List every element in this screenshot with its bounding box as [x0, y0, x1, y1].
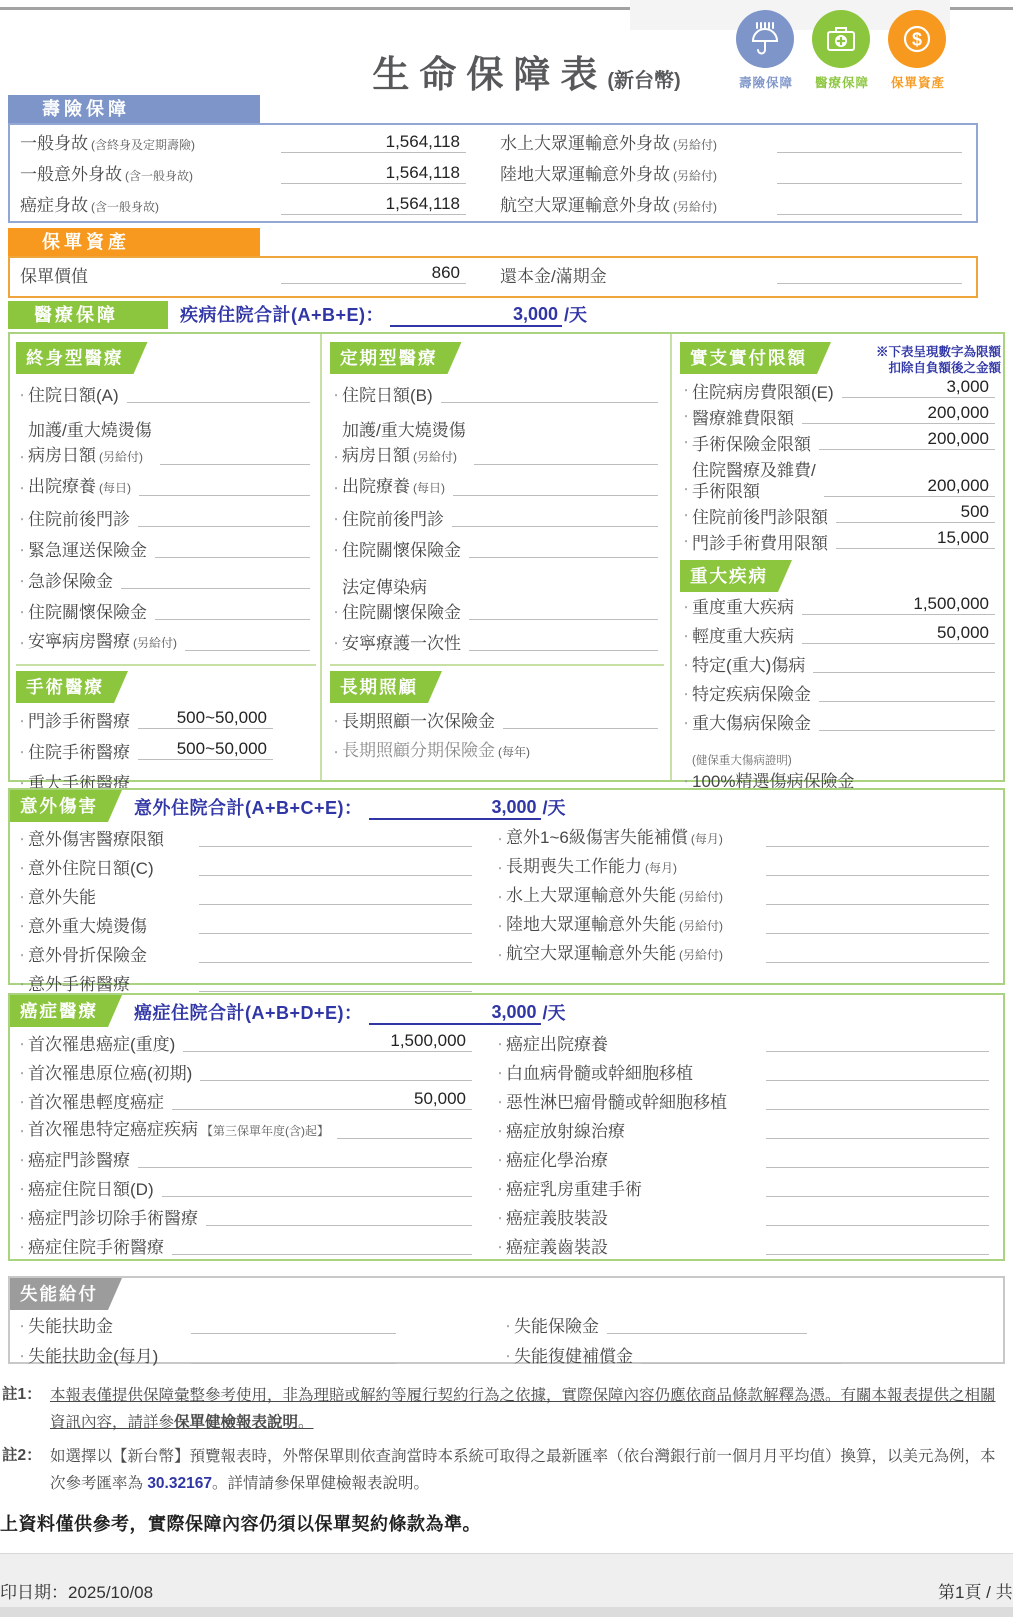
footnote-2-end: 。詳情請參保單健檢報表說明。: [212, 1475, 429, 1492]
benefit-underline: [199, 913, 472, 934]
bullet-dot: ‧: [494, 1093, 506, 1118]
whole-life-rows: ‧住院日額(A)‧加護/重大燒燙傷病房日額(另給付)‧出院療養(每日)‧住院前後…: [16, 380, 316, 659]
benefit-row: ‧法定傳染病住院關懷保險金: [330, 566, 664, 628]
benefit-underline: [766, 1234, 989, 1255]
accident-right-column: ‧意外1~6級傷害失能補償(每月)‧長期喪失工作能力(每月)‧水上大眾運輸意外失…: [478, 826, 995, 1000]
cancer-right-column: ‧癌症出院療養‧白血病骨髓或幹細胞移植‧惡性淋巴瘤骨髓或幹細胞移植‧癌症放射線治…: [478, 1031, 995, 1263]
benefit-underline: [199, 942, 472, 963]
benefit-label: 加護/重大燒燙傷病房日額(另給付): [28, 418, 152, 473]
benefit-value: [390, 1343, 396, 1362]
cancer-summary-unit: /天: [543, 999, 566, 1025]
benefit-label: 航空大眾運輸意外失能(另給付): [506, 941, 758, 971]
benefit-underline: [453, 475, 658, 496]
section-medical: 終身型醫療 ‧住院日額(A)‧加護/重大燒燙傷病房日額(另給付)‧出院療養(每日…: [8, 332, 1005, 782]
benefit-row: ‧癌症門診醫療: [16, 1147, 478, 1176]
exchange-rate-value: 30.32167: [147, 1475, 212, 1492]
benefit-label: 出院療養(每日): [342, 474, 445, 504]
benefit-row: ‧門診手術費用限額15,000: [680, 531, 1001, 557]
benefit-underline: [121, 568, 310, 589]
benefit-row: ‧意外住院日額(C): [16, 855, 478, 884]
benefit-value: [983, 1118, 989, 1137]
benefit-underline: [199, 884, 472, 905]
benefit-value: [304, 475, 310, 494]
bullet-dot: ‧: [330, 510, 342, 535]
benefit-value: 1,500,000: [390, 1031, 472, 1050]
benefit-label: 首次罹患特定癌症疾病【第三保單年度(含)起】: [28, 1117, 329, 1147]
bullet-dot: ‧: [16, 448, 28, 473]
legend-medical-label: 醫療保障: [812, 73, 872, 91]
benefit-row: 保單價值860: [20, 261, 472, 292]
benefit-row: ‧癌症放射線治療: [494, 1118, 995, 1147]
benefit-underline: 200,000: [802, 403, 995, 424]
tag-long-term-care: 長期照顧: [330, 671, 442, 703]
bullet-dot: ‧: [16, 510, 28, 535]
benefit-underline: [138, 1147, 472, 1168]
benefit-row: ‧失能保險金: [502, 1312, 995, 1342]
benefit-value: [466, 942, 472, 961]
benefit-value: 3,000: [946, 377, 995, 396]
bullet-dot: ‧: [680, 381, 692, 406]
benefit-underline: [191, 1343, 396, 1364]
assets-left-column: 保單價值860: [20, 261, 472, 292]
benefit-value: 200,000: [928, 476, 995, 495]
reimbursement-note-line1: ※下表呈現數字為限額: [876, 345, 1001, 359]
benefit-label: 住院前後門診限額: [692, 507, 828, 531]
benefit-value: [989, 652, 995, 671]
benefit-value: [983, 1089, 989, 1108]
divider: [330, 664, 664, 666]
benefit-label: 意外骨折保險金: [28, 943, 191, 971]
ltc-rows: ‧長期照顧一次保險金‧長期照顧分期保險金(每年): [330, 706, 664, 768]
benefit-row: ‧意外重大燒燙傷: [16, 913, 478, 942]
benefit-underline: [199, 971, 472, 992]
benefit-row: ‧加護/重大燒燙傷病房日額(另給付): [330, 411, 664, 473]
benefit-label: 意外重大燒燙傷: [28, 914, 191, 942]
benefit-underline: [766, 855, 989, 876]
benefit-underline: [191, 1313, 396, 1334]
medical-column-wholelife: 終身型醫療 ‧住院日額(A)‧加護/重大燒燙傷病房日額(另給付)‧出院療養(每日…: [16, 342, 316, 799]
accident-summary-value: 3,000: [491, 797, 540, 817]
bullet-dot: ‧: [330, 712, 342, 737]
disability-left-column: ‧失能扶助金‧失能扶助金(每月): [16, 1312, 486, 1372]
benefit-underline: [766, 826, 989, 847]
benefit-value: [652, 599, 658, 618]
benefit-label: 首次罹患癌症(重度): [28, 1032, 175, 1060]
benefit-label: 出院療養(每日): [28, 474, 131, 504]
bullet-dot: ‧: [330, 448, 342, 473]
benefit-row: ‧意外失能: [16, 884, 478, 913]
bullet-dot: ‧: [16, 634, 28, 659]
benefit-value: 1,564,118: [386, 194, 466, 213]
bullet-dot: ‧: [494, 917, 506, 942]
legend-assets: $ 保單資產: [888, 10, 948, 91]
section-tab-medical: 醫療保障: [8, 301, 168, 329]
benefit-row: ‧重大傷病保險金: [680, 710, 1001, 739]
benefit-label: 安寧療護一次性: [342, 631, 461, 659]
bullet-dot: ‧: [16, 1122, 28, 1147]
benefit-row: ‧癌症義肢裝設: [494, 1205, 995, 1234]
benefit-row: 航空大眾運輸意外身故(另給付): [500, 192, 968, 223]
benefit-row: ‧出院療養(每日): [330, 473, 664, 504]
benefit-label: 失能扶助金: [28, 1314, 183, 1342]
bullet-dot: ‧: [16, 1180, 28, 1205]
medical-summary-unit: /天: [564, 301, 587, 327]
bullet-dot: ‧: [680, 407, 692, 432]
bullet-dot: ‧: [16, 712, 28, 737]
tag-accident: 意外傷害: [10, 790, 122, 822]
benefit-value: 15,000: [937, 528, 995, 547]
benefit-underline: [199, 826, 472, 847]
tag-whole-life-medical: 終身型醫療: [16, 342, 148, 374]
benefit-row: ‧意外骨折保險金: [16, 942, 478, 971]
benefit-row: ‧住院前後門診: [330, 504, 664, 535]
benefit-underline: [206, 1205, 472, 1226]
benefit-label: 醫療雜費限額: [692, 408, 794, 432]
medical-column-reimbursement: 實支實付限額 ※下表呈現數字為限額 扣除自負額後之金額 ‧住院病房費限額(E)3…: [680, 342, 1001, 797]
benefit-label: 緊急運送保險金: [28, 538, 147, 566]
bullet-dot: ‧: [16, 859, 28, 884]
benefit-underline: [766, 1089, 989, 1110]
benefit-label: 失能扶助金(每月): [28, 1344, 183, 1372]
umbrella-icon: [736, 10, 794, 68]
benefit-value: 200,000: [928, 403, 995, 422]
benefit-underline: [766, 1147, 989, 1168]
section-life: 一般身故(含終身及定期壽險)1,564,118一般意外身故(含一般身故)1,56…: [8, 123, 978, 223]
benefit-row: ‧住院關懷保險金: [330, 535, 664, 566]
benefit-row: ‧首次罹患輕度癌症50,000: [16, 1089, 478, 1118]
benefit-label: 還本金/滿期金: [500, 264, 769, 292]
benefit-underline: [138, 506, 310, 527]
benefit-row: ‧特定(重大)傷病: [680, 652, 1001, 681]
bullet-dot: ‧: [494, 946, 506, 971]
medical-summary: 疾病住院合計(A+B+E)： 3,000 /天: [180, 301, 587, 329]
accident-left-column: ‧意外傷害醫療限額‧意外住院日額(C)‧意外失能‧意外重大燒燙傷‧意外骨折保險金…: [16, 826, 478, 1000]
benefit-row: ‧首次罹患癌症(重度)1,500,000: [16, 1031, 478, 1060]
bullet-dot: ‧: [494, 888, 506, 913]
footnote-2: 註2： 如選擇以【新台幣】預覽報表時，外幣保單則依查詢當時本系統可取得之最新匯率…: [2, 1443, 1010, 1497]
benefit-underline: [862, 768, 995, 789]
benefit-label: 癌症身故(含一般身故): [20, 193, 273, 223]
benefit-row: ‧安寧療護一次性: [330, 628, 664, 659]
benefit-underline: [469, 630, 658, 651]
benefit-underline: [172, 1234, 472, 1255]
bullet-dot: ‧: [494, 1035, 506, 1060]
footnote-1-link-text: 保單健檢報表說明: [174, 1414, 298, 1431]
footnote-2-text: 如選擇以【新台幣】預覽報表時，外幣保單則依查詢當時本系統可取得之最新匯率（依台灣…: [50, 1443, 1010, 1497]
benefit-row: ‧手術保險金限額200,000: [680, 432, 1001, 458]
benefit-underline: [441, 382, 658, 403]
bullet-dot: ‧: [16, 946, 28, 971]
page-title-text: 生命保障表: [372, 54, 607, 95]
bullet-dot: ‧: [494, 1122, 506, 1147]
benefit-underline: [766, 1118, 989, 1139]
life-right-column: 水上大眾運輸意外身故(另給付)陸地大眾運輸意外身故(另給付)航空大眾運輸意外身故…: [472, 130, 968, 223]
benefit-label: 住院前後門診: [28, 507, 130, 535]
benefit-underline: 860: [281, 263, 466, 284]
benefit-row: ‧失能扶助金(每月): [16, 1342, 486, 1372]
surgery-rows: ‧門診手術醫療500~50,000‧住院手術醫療500~50,000‧重大手術醫…: [16, 706, 316, 799]
bullet-dot: ‧: [494, 1151, 506, 1176]
benefit-underline: 50,000: [802, 623, 995, 644]
benefit-underline: [469, 537, 658, 558]
bullet-dot: ‧: [502, 1347, 514, 1372]
benefit-value: [304, 630, 310, 649]
bullet-dot: ‧: [16, 888, 28, 913]
bullet-dot: ‧: [16, 479, 28, 504]
life-left-column: 一般身故(含終身及定期壽險)1,564,118一般意外身故(含一般身故)1,56…: [20, 130, 472, 223]
benefit-underline: 1,500,000: [802, 594, 995, 615]
benefit-row: 一般意外身故(含一般身故)1,564,118: [20, 161, 472, 192]
benefit-label: 水上大眾運輸意外身故(另給付): [500, 131, 769, 161]
benefit-label: 法定傳染病住院關懷保險金: [342, 575, 461, 628]
benefit-label: 失能復健補償金: [514, 1344, 633, 1372]
benefit-value: [304, 599, 310, 618]
bullet-dot: ‧: [16, 743, 28, 768]
benefit-value: [983, 826, 989, 845]
benefit-underline: [607, 1313, 807, 1334]
benefit-value: [466, 826, 472, 845]
benefit-value: [466, 1176, 472, 1195]
disclaimer-text: 上資料僅供參考，實際保障內容仍須以保單契約條款為準。: [0, 1510, 481, 1536]
reimbursement-note-line2: 扣除自負額後之金額: [888, 361, 1001, 375]
benefit-row: 一般身故(含終身及定期壽險)1,564,118: [20, 130, 472, 161]
accident-summary-unit: /天: [543, 794, 566, 820]
benefit-row: ‧住院日額(B): [330, 380, 664, 411]
column-divider: [670, 334, 672, 780]
benefit-label: 重度重大疾病: [692, 595, 794, 623]
benefit-row: ‧長期喪失工作能力(每月): [494, 855, 995, 884]
benefit-label: 門診手術醫療: [28, 709, 130, 737]
benefit-value: [989, 681, 995, 700]
benefit-underline: 1,564,118: [281, 132, 466, 153]
benefit-underline: 1,500,000: [183, 1031, 472, 1052]
benefit-label: 長期照顧分期保險金(每年): [342, 738, 530, 768]
divider: [16, 664, 316, 666]
benefit-row: ‧癌症住院日額(D): [16, 1176, 478, 1205]
benefit-row: ‧陸地大眾運輸意外失能(另給付): [494, 913, 995, 942]
benefit-underline: [199, 855, 472, 876]
bullet-dot: ‧: [16, 1035, 28, 1060]
benefit-value: 1,564,118: [386, 132, 466, 151]
benefit-value: [466, 884, 472, 903]
benefit-value: [466, 1205, 472, 1224]
benefit-row: ‧住院日額(A): [16, 380, 316, 411]
bullet-dot: ‧: [680, 480, 692, 505]
bullet-dot: ‧: [16, 917, 28, 942]
benefit-label: 門診手術費用限額: [692, 533, 828, 557]
benefit-label: 特定(重大)傷病: [692, 653, 805, 681]
benefit-value: [652, 444, 658, 463]
bullet-dot: ‧: [680, 627, 692, 652]
benefit-value: [267, 770, 273, 789]
benefit-value: [466, 913, 472, 932]
benefit-row: ‧首次罹患原位癌(初期): [16, 1060, 478, 1089]
bullet-dot: ‧: [16, 1209, 28, 1234]
section-accident: 意外傷害 意外住院合計(A+B+C+E)： 3,000 /天 ‧意外傷害醫療限額…: [8, 788, 1005, 985]
benefit-underline: [766, 1060, 989, 1081]
report-page: 生命保障表(新台幣) 壽險保障: [0, 0, 1013, 1617]
tag-critical-illness: 重大疾病: [680, 560, 792, 592]
benefit-value: 50,000: [937, 623, 995, 642]
benefit-label: 癌症化學治療: [506, 1148, 758, 1176]
benefit-row: ‧癌症化學治療: [494, 1147, 995, 1176]
benefit-value: 500~50,000: [177, 708, 273, 727]
benefit-underline: [474, 444, 658, 465]
section-tab-assets: 保單資產: [8, 228, 260, 256]
bullet-dot: ‧: [330, 386, 342, 411]
benefit-underline: [127, 382, 310, 403]
benefit-underline: [766, 1205, 989, 1226]
benefit-label: 特定疾病保險金: [692, 682, 811, 710]
benefit-value: [956, 194, 962, 213]
benefit-underline: [819, 681, 995, 702]
benefit-row: ‧安寧病房醫療(另給付): [16, 628, 316, 659]
benefit-underline: [766, 913, 989, 934]
page-footer: 印日期：2025/10/08 第1頁 / 共: [0, 1553, 1013, 1617]
benefit-underline: [200, 1060, 472, 1081]
benefit-value: [989, 710, 995, 729]
benefit-row: ‧住院關懷保險金: [16, 597, 316, 628]
cancer-summary-value: 3,000: [491, 1002, 540, 1022]
benefit-underline: 500~50,000: [138, 739, 273, 760]
benefit-label: 住院前後門診: [342, 507, 444, 535]
benefit-label: 意外1~6級傷害失能補償(每月): [506, 825, 758, 855]
benefit-label: 一般意外身故(含一般身故): [20, 162, 273, 192]
benefit-label: 意外住院日額(C): [28, 856, 191, 884]
benefit-label: (健保重大傷病證明): [692, 755, 792, 768]
benefit-row: ‧長期照顧一次保險金: [330, 706, 664, 737]
bullet-dot: ‧: [494, 1238, 506, 1263]
benefit-label: 重大傷病保險金: [692, 711, 811, 739]
benefit-value: [652, 382, 658, 401]
accident-summary: 意外住院合計(A+B+C+E)： 3,000 /天: [134, 794, 566, 822]
benefit-value: [466, 1147, 472, 1166]
footnote-1-label: 註1：: [2, 1382, 50, 1436]
column-divider: [320, 334, 322, 780]
tag-reimbursement-limit: 實支實付限額: [680, 342, 831, 374]
benefit-label: 癌症放射線治療: [506, 1119, 758, 1147]
footnote-2-label: 註2：: [2, 1443, 50, 1497]
benefit-value: [466, 971, 472, 990]
benefit-underline: 500~50,000: [138, 708, 273, 729]
disability-right-column: ‧失能保險金‧失能復健補償金: [486, 1312, 995, 1372]
benefit-value: [956, 263, 962, 282]
benefit-row: ‧出院療養(每日): [16, 473, 316, 504]
benefit-value: [652, 630, 658, 649]
page-title-currency: (新台幣): [607, 70, 680, 92]
medical-column-term: 定期型醫療 ‧住院日額(B)‧加護/重大燒燙傷病房日額(另給付)‧出院療養(每日…: [330, 342, 664, 768]
cancer-summary-label: 癌症住院合計(A+B+D+E)：: [134, 999, 363, 1025]
dollar-icon: $: [888, 10, 946, 68]
benefit-value: [983, 913, 989, 932]
benefit-value: [652, 708, 658, 727]
benefit-label: 一般身故(含終身及定期壽險): [20, 131, 273, 161]
benefit-label: 輕度重大疾病: [692, 624, 794, 652]
benefit-value: 500~50,000: [177, 739, 273, 758]
benefit-row: ‧住院手術醫療500~50,000: [16, 737, 316, 768]
benefit-value: [835, 1343, 841, 1362]
benefit-row: ‧門診手術醫療500~50,000: [16, 706, 316, 737]
benefit-row: ‧長期照顧分期保險金(每年): [330, 737, 664, 768]
benefit-row: ‧惡性淋巴瘤骨髓或幹細胞移植: [494, 1089, 995, 1118]
benefit-label: 癌症住院日額(D): [28, 1177, 154, 1205]
benefit-underline: 3,000: [842, 377, 995, 398]
svg-text:$: $: [912, 30, 922, 50]
medical-summary-underline: 3,000: [390, 304, 562, 327]
benefit-value: [989, 768, 995, 787]
benefit-value: [466, 1118, 472, 1137]
benefit-value: [304, 506, 310, 525]
benefit-label: 失能保險金: [514, 1314, 599, 1342]
bullet-dot: ‧: [16, 386, 28, 411]
benefit-row: ‧住院前後門診: [16, 504, 316, 535]
benefit-underline: [185, 630, 310, 651]
benefit-underline: [139, 475, 310, 496]
benefit-underline: [819, 710, 995, 731]
benefit-label: 安寧病房醫療(另給付): [28, 629, 177, 659]
legend-medical: 醫療保障: [812, 10, 872, 91]
benefit-underline: [337, 1118, 472, 1139]
benefit-row: ‧癌症出院療養: [494, 1031, 995, 1060]
benefit-value: 1,500,000: [913, 594, 995, 613]
benefit-value: [304, 568, 310, 587]
tag-term-medical: 定期型醫療: [330, 342, 462, 374]
benefit-row: (健保重大傷病證明): [680, 739, 1001, 768]
benefit-value: [304, 382, 310, 401]
benefit-label: 意外失能: [28, 885, 191, 913]
benefit-label: 癌症義齒裝設: [506, 1235, 758, 1263]
benefit-underline: 200,000: [819, 429, 995, 450]
benefit-label: 水上大眾運輸意外失能(另給付): [506, 883, 758, 913]
footnote-1: 註1： 本報表僅提供保障彙整參考使用，非為理賠或解約等履行契約行為之依據，實際保…: [2, 1382, 1010, 1436]
benefit-label: 白血病骨髓或幹細胞移植: [506, 1061, 758, 1089]
benefit-value: [983, 1176, 989, 1195]
bullet-dot: ‧: [680, 506, 692, 531]
benefit-row: ‧水上大眾運輸意外失能(另給付): [494, 884, 995, 913]
legend-assets-label: 保單資產: [888, 73, 948, 91]
cancer-summary: 癌症住院合計(A+B+D+E)： 3,000 /天: [134, 999, 566, 1027]
benefit-underline: 15,000: [836, 528, 995, 549]
medical-summary-label: 疾病住院合計(A+B+E)：: [180, 301, 384, 327]
benefit-underline: [813, 652, 995, 673]
benefit-label: 癌症門診醫療: [28, 1148, 130, 1176]
assets-right-column: 還本金/滿期金: [472, 261, 968, 292]
benefit-value: [983, 884, 989, 903]
accident-summary-label: 意外住院合計(A+B+C+E)：: [134, 794, 363, 820]
benefit-row: 還本金/滿期金: [500, 261, 968, 292]
bullet-dot: ‧: [330, 634, 342, 659]
bullet-dot: ‧: [330, 541, 342, 566]
benefit-label: 癌症義肢裝設: [506, 1206, 758, 1234]
bullet-dot: ‧: [494, 1209, 506, 1234]
benefit-value: [652, 537, 658, 556]
bullet-dot: ‧: [494, 859, 506, 884]
benefit-row: ‧住院醫療及雜費/手術限額200,000: [680, 458, 1001, 505]
benefit-underline: [777, 132, 962, 153]
benefit-underline: [155, 599, 310, 620]
benefit-row: ‧白血病骨髓或幹細胞移植: [494, 1060, 995, 1089]
accident-summary-underline: 3,000: [369, 797, 541, 820]
benefit-value: 500: [961, 502, 995, 521]
benefit-label: 陸地大眾運輸意外失能(另給付): [506, 912, 758, 942]
benefit-value: [956, 163, 962, 182]
benefit-value: 50,000: [414, 1089, 472, 1108]
benefit-underline: 1,564,118: [281, 163, 466, 184]
benefit-underline: [155, 537, 310, 558]
benefit-underline: [777, 194, 962, 215]
bullet-dot: ‧: [16, 572, 28, 597]
benefit-value: [983, 855, 989, 874]
